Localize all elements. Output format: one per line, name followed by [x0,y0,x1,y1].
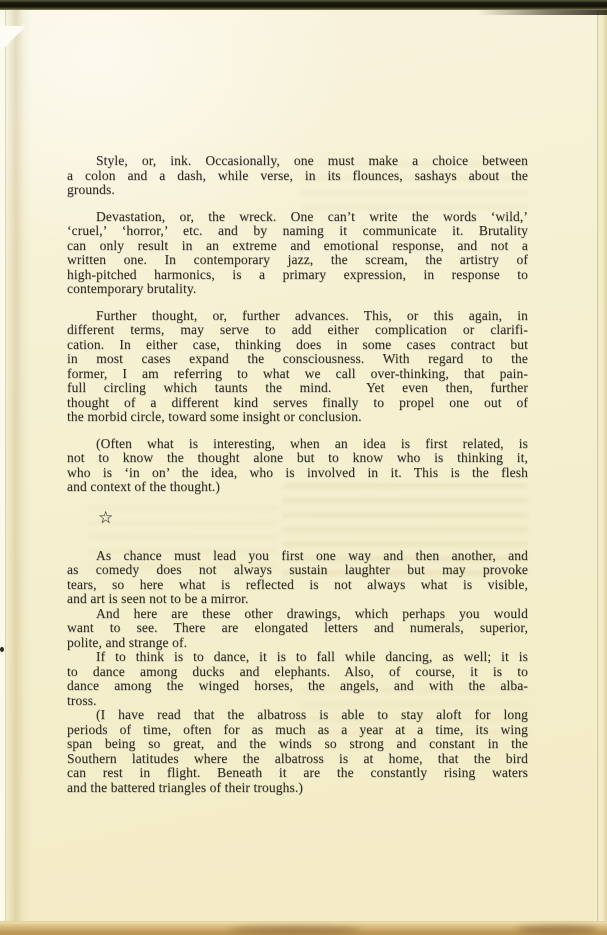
text-line: the morbid circle, toward some insight o… [67,410,528,425]
text-line: want to see. There are elongated letters… [67,621,528,636]
paragraph: (Often what is interesting, when an idea… [67,437,528,495]
page-text: Style, or, ink. Occasionally, one must m… [67,154,528,795]
text-line: as comedy does not always sustain laught… [67,563,528,578]
text-line: Southern latitudes where the albatross i… [67,752,528,767]
page-top-edge [0,0,607,10]
gutter-shadow [5,10,31,922]
page-right-edge [597,10,607,922]
text-line: Devastation, or, the wreck. One can’t wr… [67,210,528,225]
page-bottom-edge [0,921,607,935]
text-line: As chance must lead you first one way an… [67,549,528,564]
text-line: tears, so here what is reflected is not … [67,578,528,593]
text-line: contemporary brutality. [67,282,528,297]
text-line: a colon and a dash, while verse, in its … [67,169,528,184]
paragraph: Devastation, or, the wreck. One can’t wr… [67,210,528,297]
text-line: Further thought, or, further advances. T… [67,309,528,324]
text-line: ‘cruel,’ ‘horror,’ etc. and by naming it… [67,224,528,239]
text-line: polite, and strange of. [67,636,528,651]
text-line: who is ‘in on’ the idea, who is involved… [67,466,528,481]
paragraph: As chance must lead you first one way an… [67,549,528,607]
paragraph: Further thought, or, further advances. T… [67,309,528,425]
ink-speck [0,647,4,652]
star-divider: ☆ [67,510,528,526]
text-line: different terms, may serve to add either… [67,323,528,338]
text-line: tross. [67,694,528,709]
paragraph: Style, or, ink. Occasionally, one must m… [67,154,528,198]
text-line: dance among the winged horses, the angel… [67,679,528,694]
text-line: If to think is to dance, it is to fall w… [67,650,528,665]
text-line: Style, or, ink. Occasionally, one must m… [67,154,528,169]
text-line: former, I am referring to what we call o… [67,367,528,382]
text-line: in most cases expand the consciousness. … [67,352,528,367]
text-line: can rest in flight. Beneath it are the c… [67,766,528,781]
text-line: cation. In either case, thinking does in… [67,338,528,353]
text-line: and art is seen not to be a mirror. [67,592,528,607]
text-line: can only result in an extreme and emotio… [67,239,528,254]
text-line: periods of time, often for as much as a … [67,723,528,738]
paragraph: (I have read that the albatross is able … [67,708,528,795]
text-line: and the battered triangles of their trou… [67,781,528,796]
paragraph: If to think is to dance, it is to fall w… [67,650,528,708]
text-line: grounds. [67,183,528,198]
text-line: not to know the thought alone but to kno… [67,451,528,466]
text-line: And here are these other drawings, which… [67,607,528,622]
scanned-book-page: Style, or, ink. Occasionally, one must m… [0,0,607,935]
text-line: to dance among ducks and elephants. Also… [67,665,528,680]
text-line: full circling which taunts the mind. Yet… [67,381,528,396]
text-line: span being so great, and the winds so st… [67,737,528,752]
text-line: thought of a different kind serves final… [67,396,528,411]
page-left-edge [0,10,6,922]
text-line: written one. In contemporary jazz, the s… [67,253,528,268]
text-line: (Often what is interesting, when an idea… [67,437,528,452]
page-surface: Style, or, ink. Occasionally, one must m… [0,0,607,935]
paragraph: And here are these other drawings, which… [67,607,528,651]
text-line: high-pitched harmonics, is a primary exp… [67,268,528,283]
text-line: and context of the thought.) [67,480,528,495]
text-line: (I have read that the albatross is able … [67,708,528,723]
